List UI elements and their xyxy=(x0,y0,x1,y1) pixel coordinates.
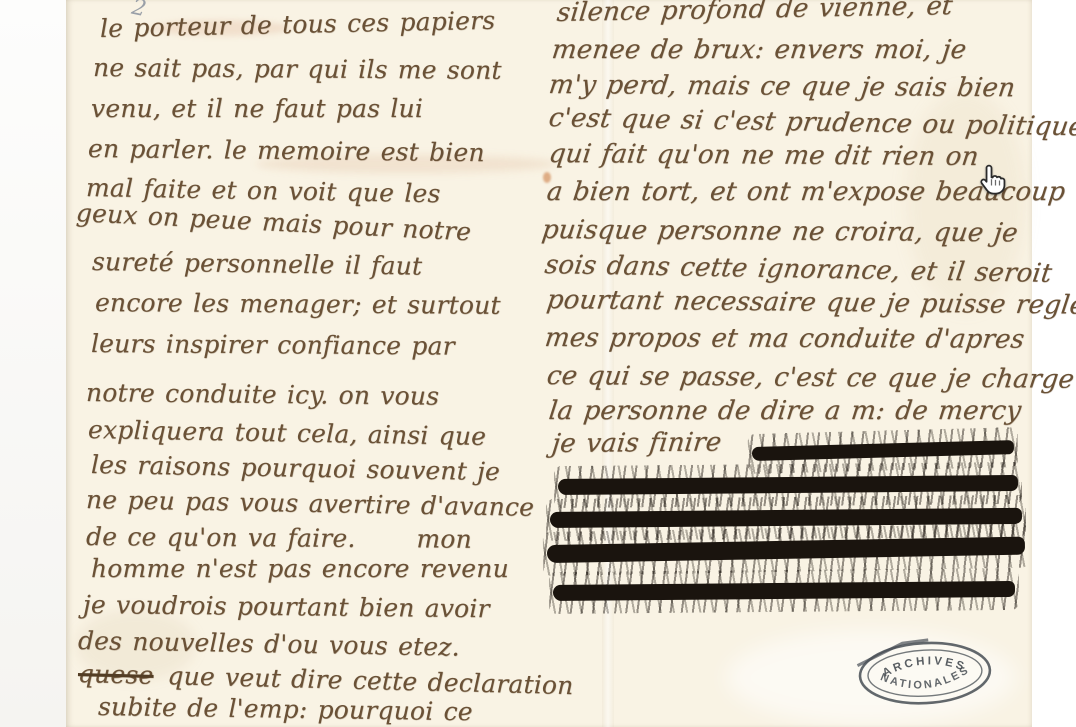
manuscript-line: mes propos et ma conduite d'apres xyxy=(543,325,1026,353)
manuscript-line: de ce qu'on va faire. mon xyxy=(86,524,472,552)
manuscript-line: m'y perd, mais ce que je sais bien xyxy=(547,72,1016,101)
manuscript-line: notre conduite icy. on vous xyxy=(86,380,439,409)
document-viewer: 2 le porteur de tous ces papiers ne sait… xyxy=(0,0,1076,727)
manuscript-line: silence profond de vienne, et xyxy=(556,0,954,26)
manuscript-line: venu, et il ne faut pas lui xyxy=(91,96,423,121)
manuscript-line: c'est que si c'est prudence ou politique xyxy=(547,105,1076,140)
manuscript-line: menee de brux: envers moi, je xyxy=(550,37,967,63)
struck-word: quese xyxy=(78,659,154,690)
manuscript-line: ce qui se passe, c'est ce que je charge xyxy=(545,363,1075,393)
scan-margin-left xyxy=(0,0,66,727)
manuscript-line: la personne de dire a m: de mercy xyxy=(547,398,1022,424)
manuscript-line: en parler. le memoire est bien xyxy=(88,136,485,165)
manuscript-line: qui fait qu'on ne me dit rien on xyxy=(547,141,980,170)
manuscript-line: homme n'est pas encore revenu xyxy=(91,556,509,581)
redacted-text-line xyxy=(547,532,1025,568)
manuscript-line: ne sait pas, par qui ils me sont xyxy=(93,55,502,83)
manuscript-scan[interactable]: 2 le porteur de tous ces papiers ne sait… xyxy=(66,0,1032,727)
manuscript-line: je vais finire xyxy=(551,430,723,458)
manuscript-line: puisque personne ne croira, que je xyxy=(540,217,1019,246)
manuscript-line: expliquera tout cela, ainsi que xyxy=(88,417,487,449)
manuscript-line: leurs inspirer confiance par xyxy=(91,331,455,359)
manuscript-line: des nouvelles d'ou vous etez. xyxy=(78,628,460,660)
manuscript-line: les raisons pourquoi souvent je xyxy=(91,452,500,484)
manuscript-line: ne peu pas vous avertire d'avance xyxy=(86,487,535,520)
manuscript-line: pourtant necessaire que je puisse regle xyxy=(545,287,1076,319)
manuscript-line: sureté personnelle il faut xyxy=(92,249,423,279)
hand-pointer-cursor xyxy=(976,164,1006,202)
redacted-text-line xyxy=(553,576,1015,606)
manuscript-line: le porteur de tous ces papiers xyxy=(100,8,496,41)
manuscript-line: subite de l'emp: pourquoi ce xyxy=(98,694,473,724)
manuscript-line: encore les menager; et surtout xyxy=(95,290,501,318)
archives-nationales-stamp: ARCHIVES NATIONALES xyxy=(850,630,1004,718)
manuscript-line: sois dans cette ignorance, et il seroit xyxy=(543,252,1053,287)
manuscript-line: je voudrois pourtant bien avoir xyxy=(83,592,490,621)
